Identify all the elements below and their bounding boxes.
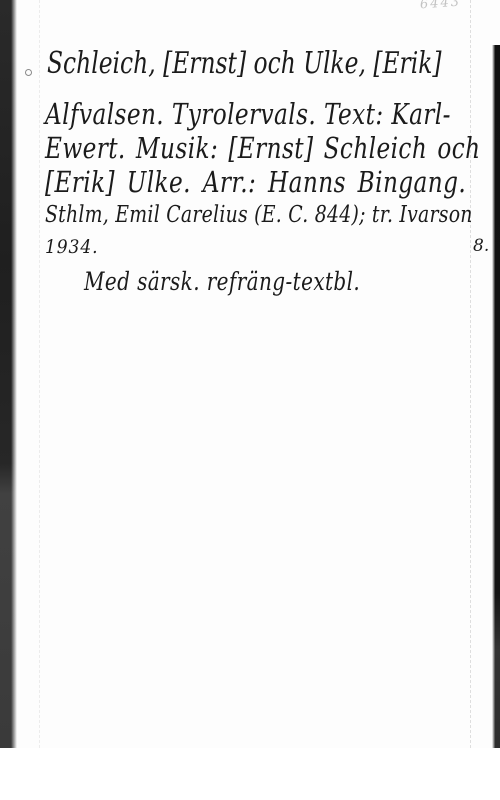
hole-punch-mark	[25, 69, 32, 76]
card-body-line: Ewert. Musik: [Ernst] Schleich och	[45, 134, 480, 163]
scan-dark-edge-left	[0, 0, 17, 748]
card-heading-authors: Schleich, [Ernst] och Ulke, [Erik]	[47, 49, 442, 79]
card-year: 1934.	[45, 238, 98, 257]
card-left-margin-rule	[39, 0, 40, 748]
scan-dark-edge-right	[492, 45, 500, 748]
card-body-line: [Erik] Ulke. Arr.: Hanns Bingang.	[45, 168, 466, 197]
scanned-catalog-card: 6443 Schleich, [Ernst] och Ulke, [Erik] …	[0, 0, 500, 800]
card-body-line: Alfvalsen. Tyrolervals. Text: Karl-	[45, 100, 451, 129]
card-note-line: Med särsk. refräng-textbl.	[84, 269, 360, 294]
card-format-octavo: 8.	[473, 238, 489, 255]
card-imprint-line: Sthlm, Emil Carelius (E. C. 844); tr. Iv…	[45, 204, 473, 227]
card-right-margin-rule	[470, 0, 471, 748]
